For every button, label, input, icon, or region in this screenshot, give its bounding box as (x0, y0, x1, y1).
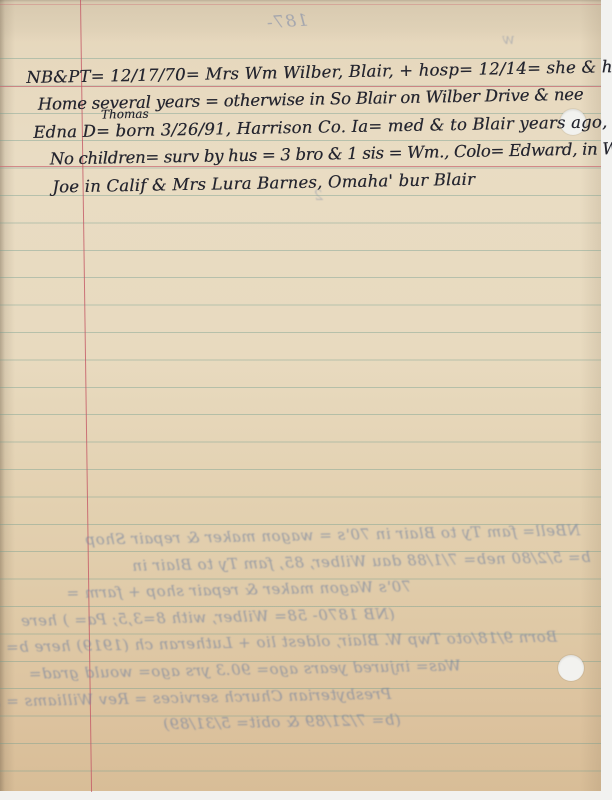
inserted-word: Thomas (101, 108, 149, 121)
red-rule-top (0, 4, 601, 5)
scanned-notebook-page: 187- NB&PT= 12/17/70= Mrs Wm Wilber, Bla… (0, 0, 612, 800)
bleed-through-text: NBell= fam Ty to Blair in 70's = wagon m… (18, 517, 594, 741)
bleed-fragment-1: w (502, 30, 515, 48)
handwritten-note: NB&PT= 12/17/70= Mrs Wm Wilber, Blair, +… (24, 54, 596, 201)
bleed-fragment-2: 2 (314, 188, 323, 204)
